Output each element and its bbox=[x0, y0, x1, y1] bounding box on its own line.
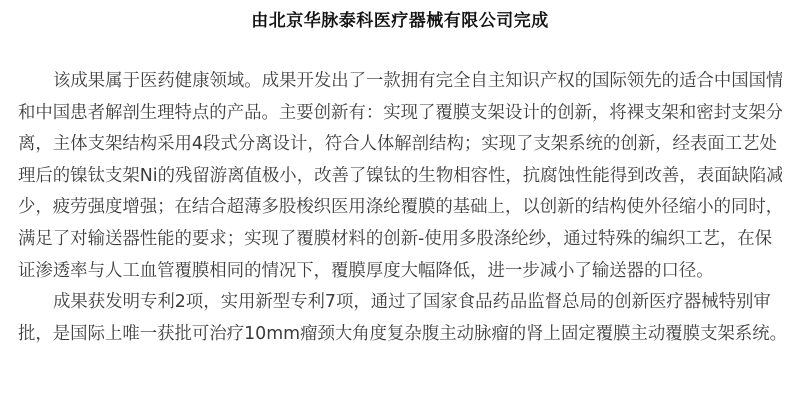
text-line: 证渗透率与人工血管覆膜相同的情况下，覆膜厚度大幅降低，进一步减小了输送器的口径。 bbox=[18, 256, 782, 288]
text-line: 批，是国际上唯一获批可治疗10mm瘤颈大角度复杂腹主动脉瘤的肾上固定覆膜主动覆膜… bbox=[18, 319, 782, 351]
text-line: 满足了对输送器性能的要求；实现了覆膜材料的创新-使用多股涤纶纱，通过特殊的编织工… bbox=[18, 224, 782, 256]
text-line: 和中国患者解剖生理特点的产品。主要创新有：实现了覆膜支架设计的创新，将裸支架和密… bbox=[18, 98, 782, 130]
text-line: 该成果属于医药健康领域。成果开发出了一款拥有完全自主知识产权的国际领先的适合中国… bbox=[18, 66, 782, 98]
text-line: 成果获发明专利2项，实用新型专利7项，通过了国家食品药品监督总局的创新医疗器械特… bbox=[18, 287, 782, 319]
text-line: 少，疲劳强度增强；在结合超薄多股梭织医用涤纶覆膜的基础上，以创新的结构使外径缩小… bbox=[18, 192, 782, 224]
paragraph-2: 成果获发明专利2项，实用新型专利7项，通过了国家食品药品监督总局的创新医疗器械特… bbox=[18, 287, 782, 350]
paragraph-1: 该成果属于医药健康领域。成果开发出了一款拥有完全自主知识产权的国际领先的适合中国… bbox=[18, 66, 782, 287]
document-page: 由北京华脉泰科医疗器械有限公司完成 该成果属于医药健康领域。成果开发出了一款拥有… bbox=[0, 0, 800, 395]
text-line: 离，主体支架结构采用4段式分离设计，符合人体解剖结构；实现了支架系统的创新，经表… bbox=[18, 129, 782, 161]
text-line: 理后的镍钛支架Ni的残留游离值极小，改善了镍钛的生物相容性，抗腐蚀性能得到改善，… bbox=[18, 161, 782, 193]
document-body: 该成果属于医药健康领域。成果开发出了一款拥有完全自主知识产权的国际领先的适合中国… bbox=[18, 66, 782, 350]
document-title: 由北京华脉泰科医疗器械有限公司完成 bbox=[0, 10, 800, 32]
